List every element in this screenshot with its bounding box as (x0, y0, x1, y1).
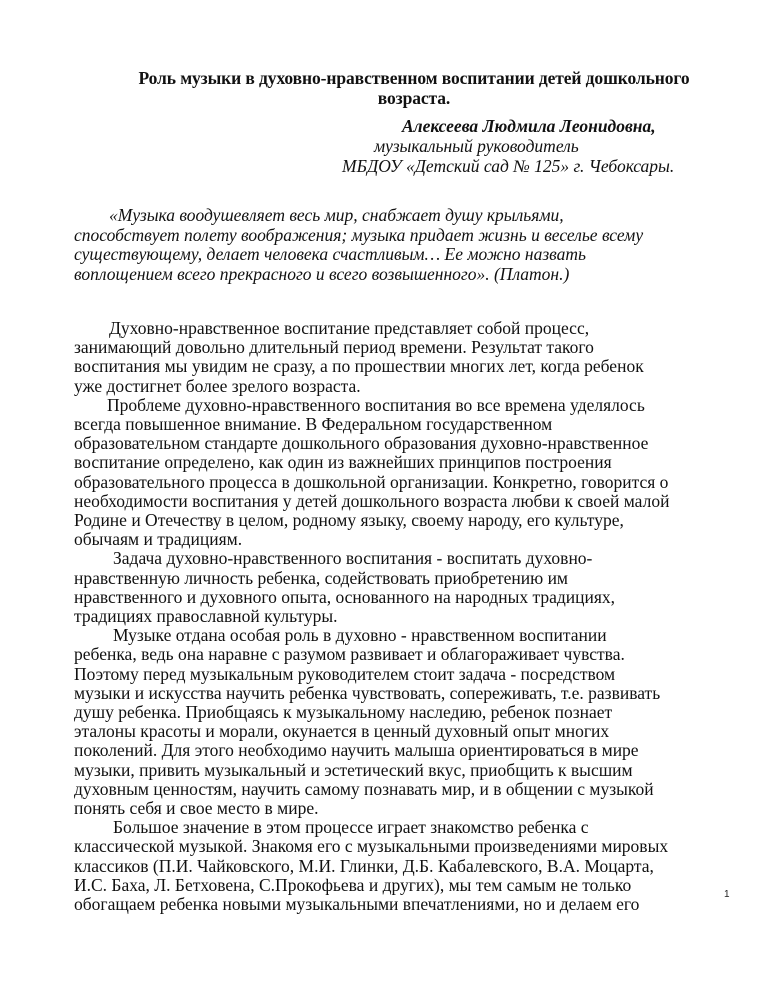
text-line: Проблеме духовно-нравственного воспитани… (74, 396, 764, 415)
author-role: музыкальный руководитель (74, 136, 754, 156)
text-line: образовательного процесса в дошкольной о… (74, 473, 764, 492)
page-number: 1 (724, 889, 730, 900)
text-line: музыки и искусства научить ребенка чувст… (74, 684, 764, 703)
text-line: духовным ценностям, научить самому позна… (74, 780, 764, 799)
text-line: уже достигнет более зрелого возраста. (74, 377, 764, 396)
epigraph: «Музыка воодушевляет весь мир, снабжает … (74, 206, 754, 284)
text-line: необходимости воспитания у детей дошколь… (74, 492, 764, 511)
text-line: Задача духовно-нравственного воспитания … (74, 549, 764, 568)
author-name: Алексеева Людмила Леонидовна, (74, 116, 754, 136)
title-line: возраста. (74, 88, 754, 108)
author-organization: МБДОУ «Детский сад № 125» г. Чебоксары. (74, 156, 754, 176)
text-line: обогащаем ребенка новыми музыкальными вп… (74, 895, 764, 914)
paragraph: Духовно-нравственное воспитание представ… (74, 319, 764, 396)
text-line: занимающий довольно длительный период вр… (74, 338, 764, 357)
text-line: ребенка, ведь она наравне с разумом разв… (74, 645, 764, 664)
text-line: традициях православной культуры. (74, 607, 764, 626)
document-page: Роль музыки в духовно-нравственном воспи… (0, 0, 768, 994)
text-line: Духовно-нравственное воспитание представ… (74, 319, 764, 338)
text-line: Большое значение в этом процессе играет … (74, 818, 764, 837)
text-line: душу ребенка. Приобщаясь к музыкальному … (74, 703, 764, 722)
text-line: нравственного и духовного опыта, основан… (74, 588, 764, 607)
paragraph: Проблеме духовно-нравственного воспитани… (74, 396, 764, 550)
text-line: образовательном стандарте дошкольного об… (74, 434, 764, 453)
text-line: обычаям и традициям. (74, 530, 764, 549)
text-line: поколений. Для этого необходимо научить … (74, 741, 764, 760)
epigraph-line: «Музыка воодушевляет весь мир, снабжает … (74, 206, 754, 226)
text-line: классиков (П.И. Чайковского, М.И. Глинки… (74, 857, 764, 876)
text-line: воспитание определено, как один из важне… (74, 453, 764, 472)
paragraph: Задача духовно-нравственного воспитания … (74, 549, 764, 626)
text-line: нравственную личность ребенка, содейство… (74, 569, 764, 588)
text-line: музыки, привить музыкальный и эстетическ… (74, 761, 764, 780)
text-line: И.С. Баха, Л. Бетховена, С.Прокофьева и … (74, 876, 764, 895)
text-line: понять себя и свое место в мире. (74, 799, 764, 818)
author-block: Алексеева Людмила Леонидовна, музыкальны… (74, 116, 754, 176)
epigraph-line: воплощением всего прекрасного и всего во… (74, 265, 754, 285)
text-line: Музыке отдана особая роль в духовно - нр… (74, 626, 764, 645)
paragraph: Музыке отдана особая роль в духовно - нр… (74, 626, 764, 818)
epigraph-line: существующему, делает человека счастливы… (74, 245, 754, 265)
text-line: воспитания мы увидим не сразу, а по прош… (74, 357, 764, 376)
text-line: всегда повышенное внимание. В Федерально… (74, 415, 764, 434)
epigraph-line: способствует полету воображения; музыка … (74, 226, 754, 246)
document-body: Духовно-нравственное воспитание представ… (74, 319, 764, 914)
title-line: Роль музыки в духовно-нравственном воспи… (74, 68, 754, 88)
text-line: Поэтому перед музыкальным руководителем … (74, 665, 764, 684)
text-line: классической музыкой. Знакомя его с музы… (74, 837, 764, 856)
document-title: Роль музыки в духовно-нравственном воспи… (74, 68, 754, 108)
text-line: Родине и Отечеству в целом, родному язык… (74, 511, 764, 530)
paragraph: Большое значение в этом процессе играет … (74, 818, 764, 914)
text-line: эталоны красоты и морали, окунается в це… (74, 722, 764, 741)
